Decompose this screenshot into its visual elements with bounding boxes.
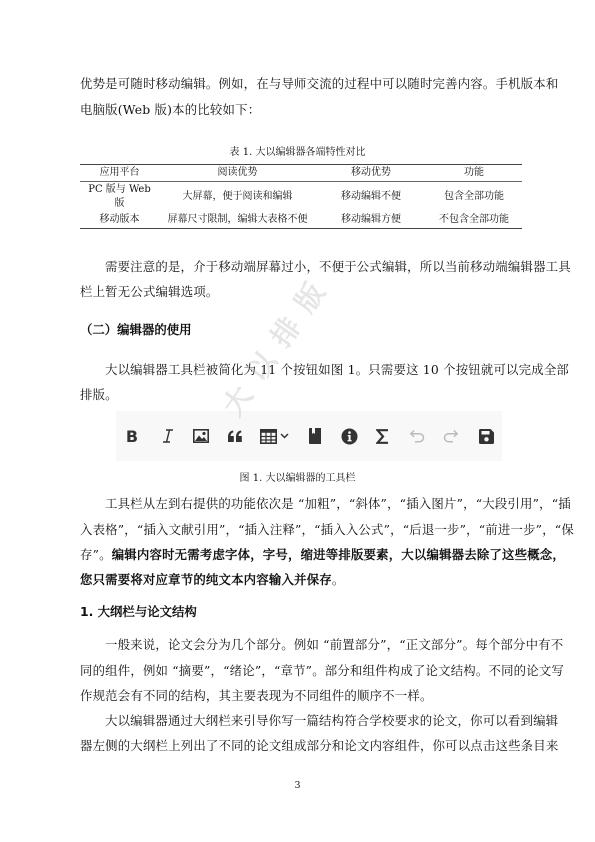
table-header-row: 应用平台 阅读优势 移动优势 功能 bbox=[80, 165, 522, 182]
table-caption: 表 1. 大以编辑器各端特性对比 bbox=[0, 146, 595, 160]
functions-line-4: 您只需要将对应章节的纯文本内容输入并保存。 bbox=[80, 572, 520, 588]
table-dropdown-button[interactable] bbox=[278, 426, 290, 446]
book-icon bbox=[308, 428, 322, 444]
cell-platform-line2: 版 bbox=[82, 197, 157, 211]
intro-line-1: 优势是可随时移动编辑。例如，在与导师交流的过程中可以随时完善内容。手机版本和 bbox=[80, 76, 520, 92]
document-page: 优势是可随时移动编辑。例如，在与导师交流的过程中可以随时完善内容。手机版本和 电… bbox=[0, 0, 595, 842]
editor-toolbar-figure: B bbox=[116, 411, 502, 461]
undo-icon bbox=[409, 429, 425, 443]
figure-caption: 图 1. 大以编辑器的工具栏 bbox=[0, 472, 595, 486]
svg-text:B: B bbox=[126, 428, 138, 444]
redo-button[interactable] bbox=[441, 426, 461, 446]
toolbar-para-line-2: 排版。 bbox=[80, 387, 520, 403]
save-icon bbox=[479, 429, 494, 444]
table-row: PC 版与 Web 版 大屏幕，便于阅读和编辑 移动编辑不便 包含全部功能 bbox=[80, 182, 522, 212]
functions-line-3-normal: 存”。 bbox=[80, 547, 112, 562]
cell-platform: PC 版与 Web 版 bbox=[80, 182, 159, 212]
save-button[interactable] bbox=[476, 426, 496, 446]
insert-citation-button[interactable] bbox=[305, 426, 325, 446]
cell-mobility: 移动编辑方便 bbox=[316, 212, 426, 229]
undo-button[interactable] bbox=[407, 426, 427, 446]
cell-features: 不包含全部功能 bbox=[426, 212, 522, 229]
intro-line-2: 电脑版(Web 版)本的比较如下： bbox=[80, 102, 520, 118]
table-icon bbox=[260, 429, 277, 444]
bold-icon: B bbox=[124, 428, 140, 444]
insert-formula-button[interactable] bbox=[372, 426, 392, 446]
structure-line-2: 同的组件，例如 “摘要”，“绪论”，“章节”。部分和组件构成了论文结构。不同的论… bbox=[80, 663, 520, 679]
redo-icon bbox=[443, 429, 459, 443]
block-quote-button[interactable] bbox=[225, 426, 245, 446]
sigma-icon bbox=[376, 429, 389, 444]
header-reading: 阅读优势 bbox=[159, 165, 316, 182]
outline-line-1: 大以编辑器通过大纲栏来引导你写一篇结构符合学校要求的论文，你可以看到编辑 bbox=[105, 713, 520, 729]
comparison-table: 应用平台 阅读优势 移动优势 功能 PC 版与 Web 版 大屏幕，便于阅读和编… bbox=[80, 164, 522, 229]
note-line-2: 栏上暂无公式编辑选项。 bbox=[80, 284, 520, 300]
image-icon bbox=[193, 429, 209, 443]
functions-line-2: 入表格”，“插入文献引用”，“插入注释”，“插入入公式”，“后退一步”，“前进一… bbox=[80, 522, 520, 538]
header-platform: 应用平台 bbox=[80, 165, 159, 182]
chevron-down-icon bbox=[280, 433, 289, 439]
header-features: 功能 bbox=[426, 165, 522, 182]
cell-reading: 大屏幕，便于阅读和编辑 bbox=[159, 182, 316, 212]
subsection-heading: 1. 大纲栏与论文结构 bbox=[80, 604, 197, 620]
page-number: 3 bbox=[0, 780, 595, 792]
info-icon bbox=[341, 428, 358, 445]
structure-line-1: 一般来说，论文会分为几个部分。例如 “前置部分”，“正文部分”。每个部分中有不 bbox=[105, 637, 520, 653]
cell-features: 包含全部功能 bbox=[426, 182, 522, 212]
cell-reading: 屏幕尺寸限制，编辑大表格不便 bbox=[159, 212, 316, 229]
cell-platform: 移动版本 bbox=[80, 212, 159, 229]
cell-mobility: 移动编辑不便 bbox=[316, 182, 426, 212]
bold-button[interactable]: B bbox=[122, 426, 142, 446]
outline-line-2: 器左侧的大纲栏上列出了不同的论文组成部分和论文内容组件，你可以点击这些条目来 bbox=[80, 738, 520, 754]
note-line-1: 需要注意的是，介于移动端屏幕过小，不便于公式编辑，所以当前移动端编辑器工具 bbox=[105, 259, 520, 275]
emphasis-text: 编辑内容时无需考虑字体，字号，缩进等排版要素，大以编辑器去除了这些概念， bbox=[112, 547, 565, 562]
table-row: 移动版本 屏幕尺寸限制，编辑大表格不便 移动编辑方便 不包含全部功能 bbox=[80, 212, 522, 229]
functions-line-1: 工具栏从左到右提供的功能依次是 “加粗”，“斜体”，“插入图片”，“大段引用”，… bbox=[105, 496, 520, 512]
italic-icon bbox=[160, 428, 176, 444]
insert-image-button[interactable] bbox=[191, 426, 211, 446]
functions-line-4-end: 。 bbox=[332, 572, 345, 587]
cell-platform-line1: PC 版与 Web bbox=[82, 183, 157, 197]
quote-icon bbox=[227, 430, 243, 442]
insert-table-button[interactable] bbox=[258, 426, 278, 446]
italic-button[interactable] bbox=[158, 426, 178, 446]
section-heading: （二）编辑器的使用 bbox=[80, 322, 192, 338]
structure-line-3: 作规范会有不同的结构，其主要表现为不同组件的顺序不一样。 bbox=[80, 688, 520, 704]
header-mobility: 移动优势 bbox=[316, 165, 426, 182]
toolbar-para-line-1: 大以编辑器工具栏被简化为 11 个按钮如图 1。只需要这 10 个按钮就可以完成… bbox=[105, 362, 520, 378]
functions-line-3: 存”。编辑内容时无需考虑字体，字号，缩进等排版要素，大以编辑器去除了这些概念， bbox=[80, 547, 520, 563]
insert-note-button[interactable] bbox=[339, 426, 359, 446]
emphasis-text: 您只需要将对应章节的纯文本内容输入并保存 bbox=[80, 572, 332, 587]
